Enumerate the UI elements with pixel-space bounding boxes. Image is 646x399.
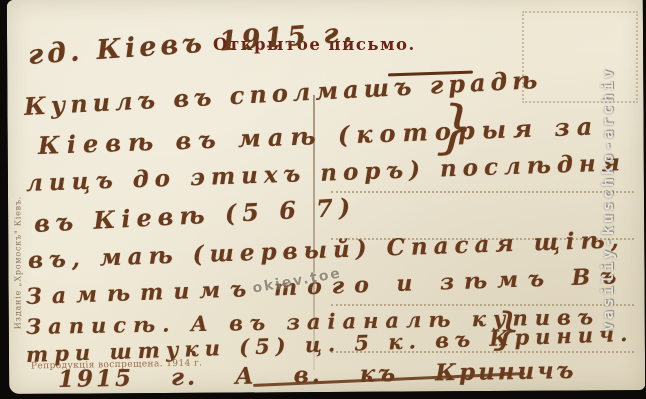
archive-watermark: vasiliy-kuschko-archiv	[599, 7, 617, 391]
publisher-imprint: Изданіе „Хромоскъ" Кіевъ.	[14, 163, 23, 363]
handwriting-brace: }	[436, 97, 476, 157]
postcard-scan: Открытое письмо. Изданіе „Хромоскъ" Кіев…	[0, 0, 646, 399]
address-dotted-line	[331, 191, 634, 193]
